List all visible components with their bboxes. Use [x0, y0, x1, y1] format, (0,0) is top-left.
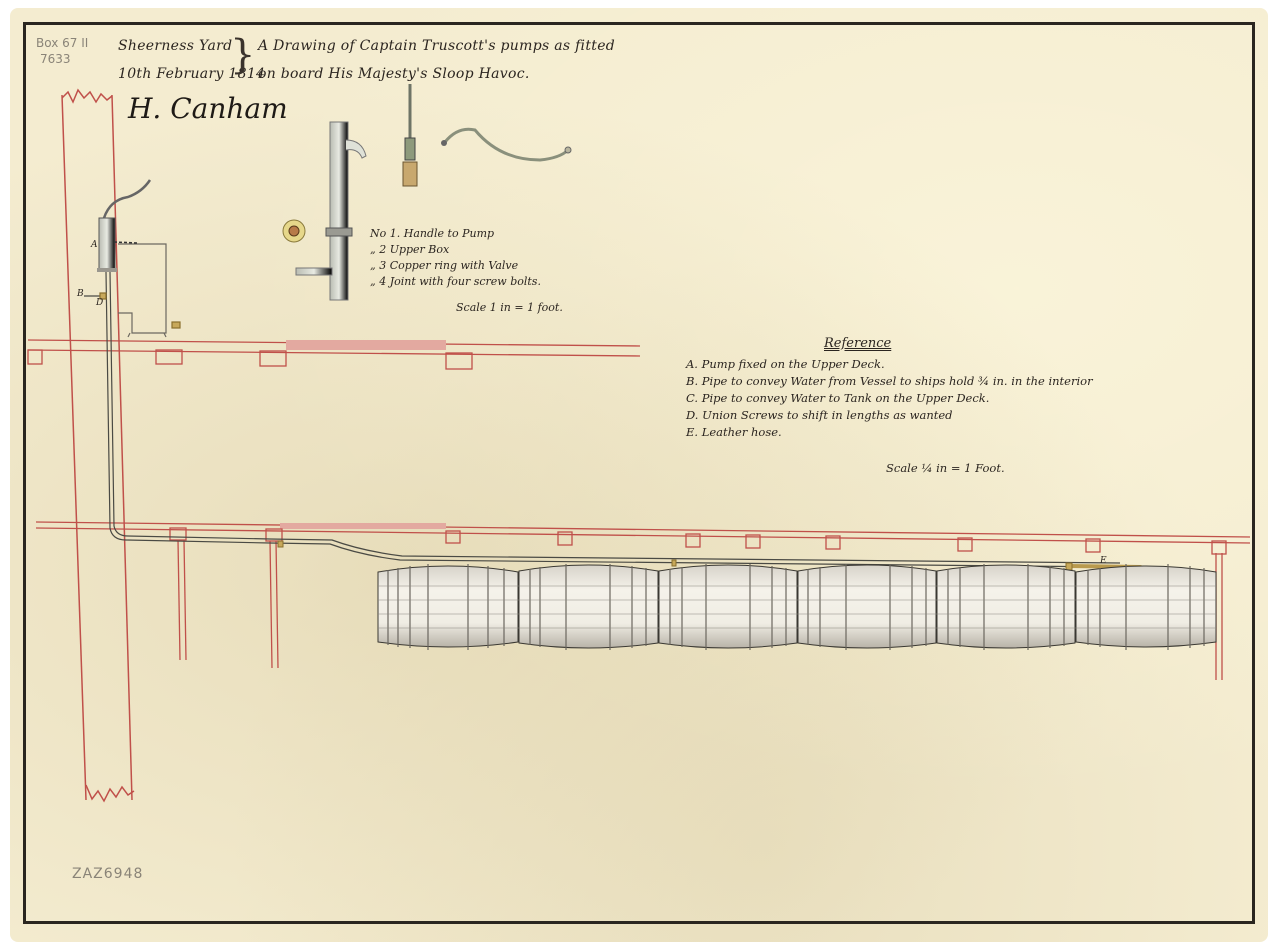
technical-drawing [0, 0, 1280, 949]
pump-barrel-detail [283, 122, 366, 300]
mast [62, 90, 134, 801]
hose-detail [441, 129, 571, 160]
label-a: A [91, 240, 98, 250]
pump-a [97, 180, 150, 272]
label-d: D [96, 298, 103, 308]
pipe-b [84, 272, 1120, 567]
casks [378, 564, 1216, 650]
tank [118, 244, 180, 337]
label-e: E [1100, 556, 1107, 566]
label-b: B [77, 289, 84, 299]
pump-handle-detail [403, 84, 417, 186]
